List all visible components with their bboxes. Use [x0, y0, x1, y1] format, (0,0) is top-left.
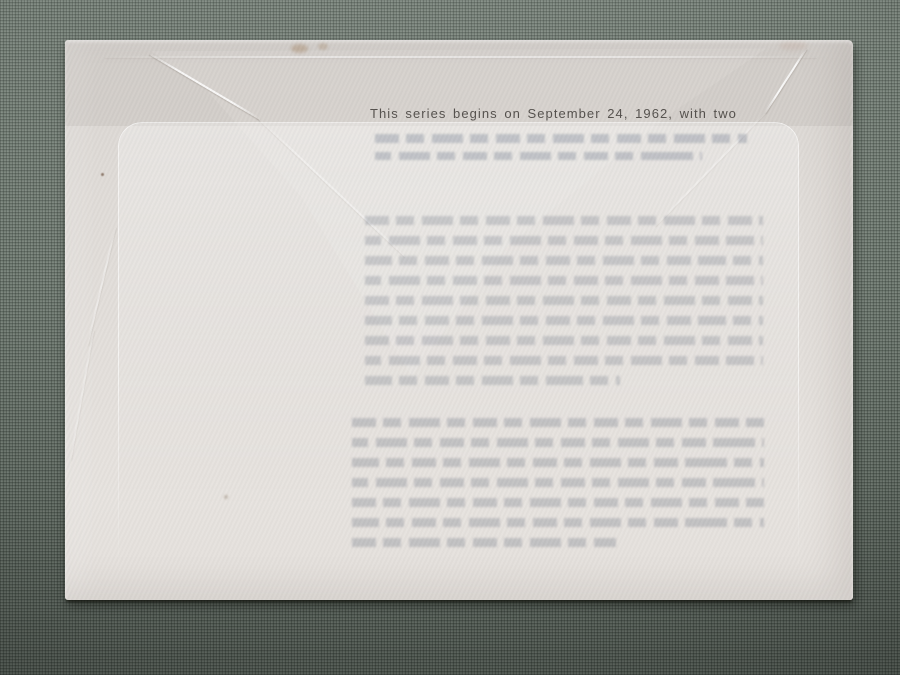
envelope-back: This series begins on September 24, 1962… — [65, 40, 853, 600]
envelope-flap — [65, 40, 853, 600]
speck-mark — [101, 173, 104, 176]
side-crease-upper — [86, 228, 115, 346]
flap-crease-right — [764, 49, 807, 114]
stain-mark — [318, 43, 328, 50]
faint-paragraph-3 — [352, 418, 764, 558]
flap-crease-left-lower — [257, 117, 406, 257]
side-crease-lower — [69, 331, 93, 461]
faint-paragraph-2 — [365, 216, 763, 396]
faint-paragraph-1 — [375, 134, 747, 169]
stain-mark — [779, 42, 807, 50]
flap-crease-left — [149, 53, 260, 120]
flap-crease-right-lower — [654, 112, 765, 226]
stain-mark — [291, 44, 308, 53]
envelope-flap-band — [65, 40, 853, 126]
speck-mark — [224, 495, 228, 499]
printed-series-line: This series begins on September 24, 1962… — [370, 106, 737, 121]
photo-scene: This series begins on September 24, 1962… — [0, 0, 900, 675]
top-fold-crease — [105, 56, 817, 58]
insert-card-outline — [118, 122, 799, 601]
